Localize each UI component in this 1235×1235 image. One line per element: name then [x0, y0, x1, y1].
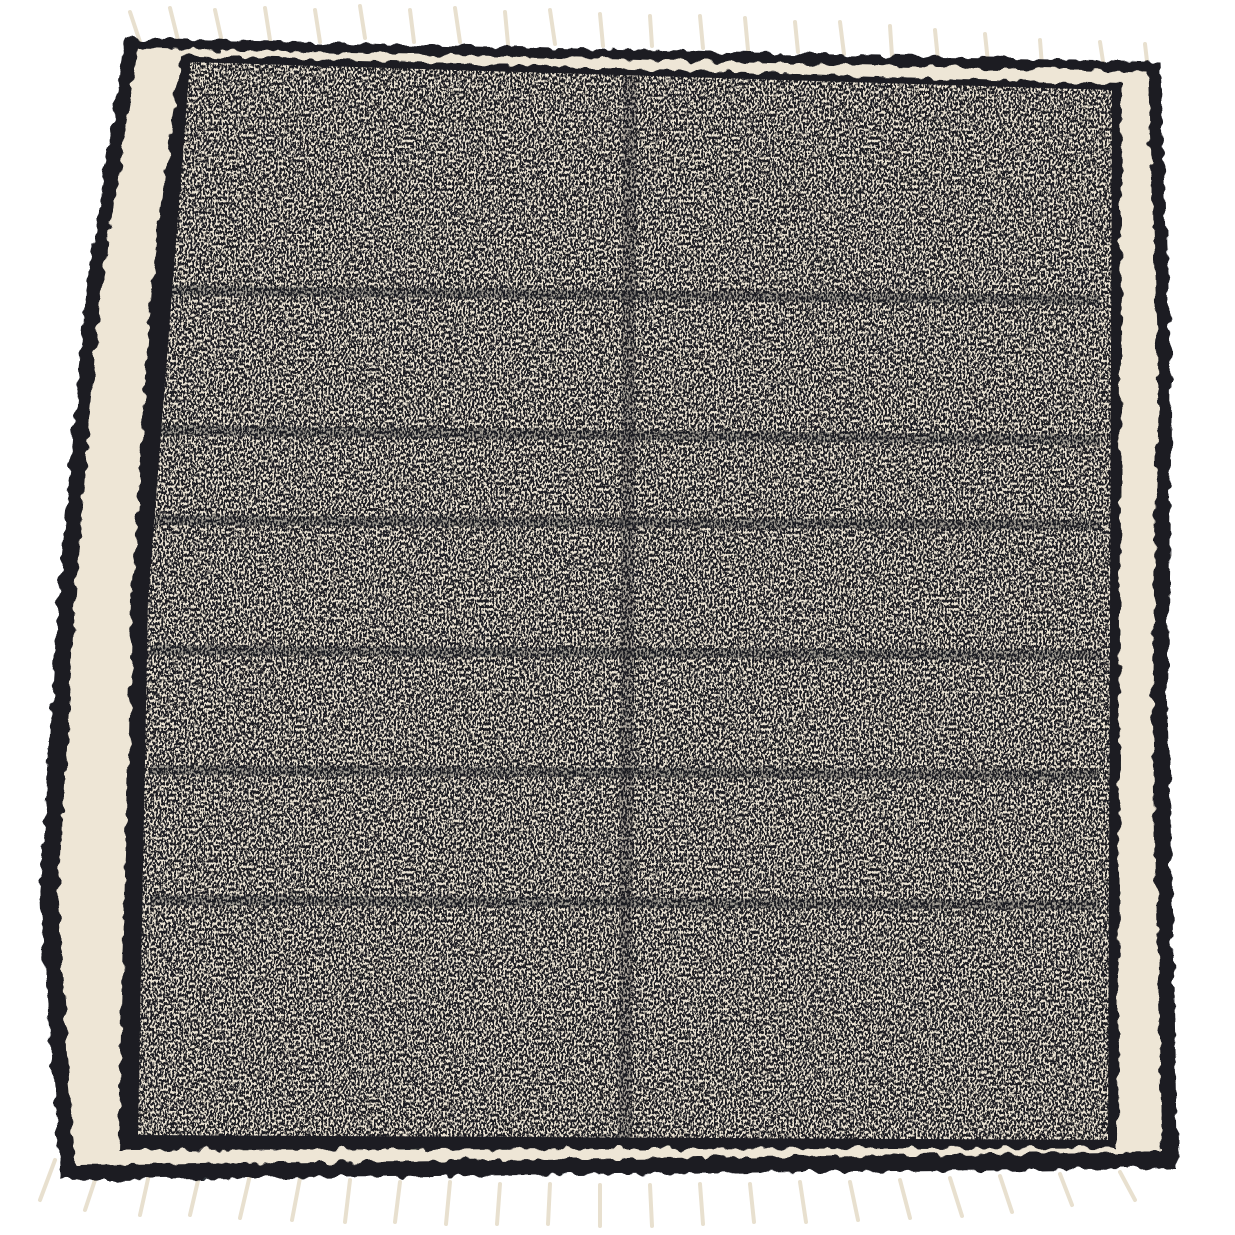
rug-illustration [0, 0, 1235, 1235]
speckled-field [100, 50, 1150, 1160]
rug-photo [0, 0, 1235, 1235]
